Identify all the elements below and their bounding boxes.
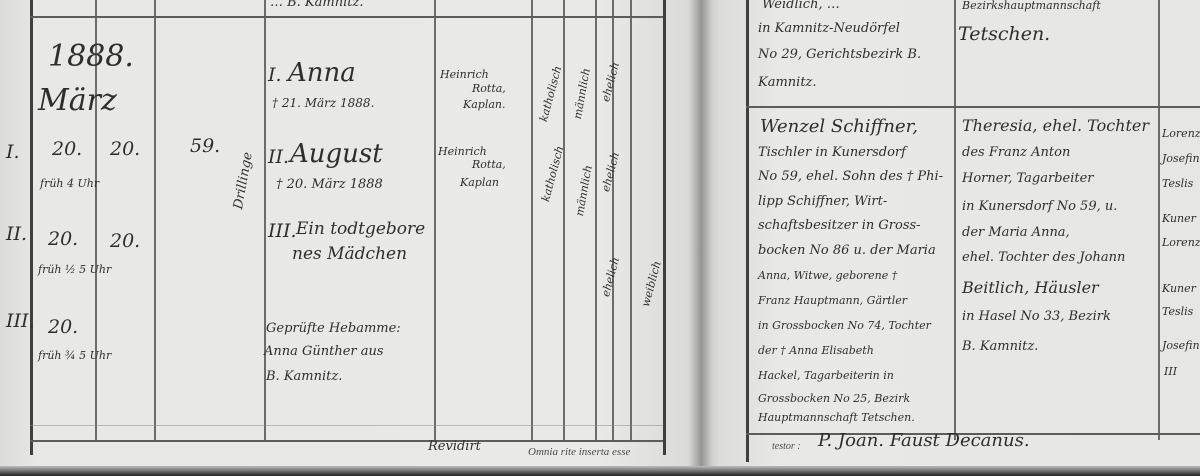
house-number: 59. xyxy=(190,137,220,156)
legitimacy-entry: ehelich xyxy=(600,151,621,193)
godparent-fragment: Teslis xyxy=(1162,306,1193,317)
father-line: Hauptmannschaft Tetschen. xyxy=(758,412,915,423)
child-death-note: † 21. März 1888. xyxy=(272,97,374,109)
godparent-fragment: Lorenz xyxy=(1162,128,1200,139)
child-name: August xyxy=(290,141,383,167)
midwife-line2: Anna Günther aus xyxy=(264,345,384,358)
birth-day: 20. xyxy=(52,140,82,159)
birth-day: 20. xyxy=(48,230,78,249)
priest-name: Heinrich xyxy=(440,69,489,80)
mother-line: Beitlich, Häusler xyxy=(962,280,1099,296)
priest-name: Heinrich xyxy=(438,146,487,157)
father-line: schaftsbesitzer in Gross- xyxy=(758,219,921,232)
mother-line: ehel. Tochter des Johann xyxy=(962,251,1125,264)
testor-label: testor : xyxy=(772,441,801,452)
child-name: Anna xyxy=(288,60,356,86)
father-line: der † Anna Elisabeth xyxy=(758,345,874,356)
book-bottom-edge xyxy=(0,466,1200,476)
column-rule xyxy=(954,0,956,440)
sex-entry: männlich xyxy=(572,67,592,120)
revision-signature: Revidirt xyxy=(428,440,481,453)
godparent-fragment: Lorenz xyxy=(1162,237,1200,248)
father-line: Grossbocken No 25, Bezirk xyxy=(758,393,910,404)
father-line: in Grossbocken No 74, Tochter xyxy=(758,320,931,331)
father-line: Tischler in Kunersdorf xyxy=(758,146,906,159)
prev-father-line: Kamnitz. xyxy=(758,76,817,89)
row-rule xyxy=(30,425,663,426)
child-death-note: † 20. März 1888 xyxy=(276,178,383,191)
prev-father-line: Weidlich, … xyxy=(762,0,840,11)
religion-entry: katholisch xyxy=(540,145,565,203)
previous-entry-fragment: … B. Kamnitz. xyxy=(270,0,363,9)
child-name-line2: nes Mädchen xyxy=(292,246,407,263)
birth-time: früh ¾ 5 Uhr xyxy=(38,350,111,361)
column-rule xyxy=(630,0,632,440)
father-line: lipp Schiffner, Wirt- xyxy=(758,195,887,208)
margin-rule xyxy=(746,0,749,462)
godparent-fragment: Josefine xyxy=(1162,340,1200,351)
left-register-page: … B. Kamnitz. 1888. März I. 20. 20. früh… xyxy=(0,0,700,476)
father-line: Anna, Witwe, geborene † xyxy=(758,270,897,281)
baptism-day: 20. xyxy=(110,232,140,251)
mother-line: Horner, Tagarbeiter xyxy=(962,172,1094,185)
column-rule xyxy=(531,0,533,440)
father-line: Hackel, Tagarbeiterin in xyxy=(758,370,894,381)
dean-signature: P. Joan. Faust Decanus. xyxy=(818,432,1030,450)
godparent-fragment: III xyxy=(1164,366,1177,377)
godparent-fragment: Kuner xyxy=(1162,283,1196,294)
column-rule xyxy=(154,0,156,440)
prev-mother-line: Tetschen. xyxy=(958,25,1050,44)
row-rule xyxy=(30,16,663,18)
midwife-line3: B. Kamnitz. xyxy=(266,370,342,383)
godparent-fragment: Teslis xyxy=(1162,178,1193,189)
priest-surname: Rotta, xyxy=(472,83,506,94)
prev-mother-line: Bezirkshauptmannschaft xyxy=(962,0,1101,11)
father-line: Franz Hauptmann, Gärtler xyxy=(758,295,907,306)
mother-line: in Hasel No 33, Bezirk xyxy=(962,310,1111,323)
father-name: Wenzel Schiffner, xyxy=(760,118,918,136)
margin-rule xyxy=(30,0,33,455)
midwife-line1: Geprüfte Hebamme: xyxy=(266,322,401,335)
row-rule xyxy=(746,106,1200,108)
birth-time: früh ½ 5 Uhr xyxy=(38,264,111,275)
birth-time: früh 4 Uhr xyxy=(40,178,99,189)
godparent-fragment: Josefine xyxy=(1162,153,1200,164)
godparent-fragment: Kuner xyxy=(1162,213,1196,224)
priest-surname: Rotta, xyxy=(472,159,506,170)
printed-attestation: Omnia rite inserta esse xyxy=(528,446,630,458)
mother-line: der Maria Anna, xyxy=(962,226,1070,239)
priest-title: Kaplan xyxy=(460,177,499,188)
entry-roman: I. xyxy=(6,143,20,162)
sex-entry: weiblich xyxy=(640,260,663,308)
mother-line: in Kunersdorf No 59, u. xyxy=(962,200,1117,213)
column-rule xyxy=(434,0,436,440)
child-name-line1: Ein todtgebore xyxy=(296,221,425,238)
baptism-day: 20. xyxy=(110,140,140,159)
page-border-rule xyxy=(663,0,666,455)
column-rule xyxy=(595,0,597,440)
year-label: 1888. xyxy=(48,42,134,72)
prev-father-line: in Kamnitz-Neudörfel xyxy=(758,22,900,35)
religion-entry: katholisch xyxy=(538,65,563,123)
multiple-birth-label: Drillinge xyxy=(232,151,255,210)
column-rule xyxy=(1158,0,1160,440)
entry-roman: III. xyxy=(6,312,35,331)
legitimacy-entry: ehelich xyxy=(600,256,621,298)
month-label: März xyxy=(38,86,117,116)
mother-name: Theresia, ehel. Tochter xyxy=(962,118,1149,134)
father-line: bocken No 86 u. der Maria xyxy=(758,244,936,257)
mother-line: B. Kamnitz. xyxy=(962,340,1038,353)
priest-title: Kaplan. xyxy=(463,99,505,110)
right-register-page: Weidlich, … in Kamnitz-Neudörfel No 29, … xyxy=(700,0,1200,476)
entry-roman: II. xyxy=(6,225,27,244)
sex-entry: männlich xyxy=(574,164,594,217)
birth-day: 20. xyxy=(48,318,78,337)
row-rule xyxy=(30,440,663,442)
column-rule xyxy=(563,0,565,440)
prev-father-line: No 29, Gerichtsbezirk B. xyxy=(758,48,921,61)
child-roman: I. xyxy=(268,66,282,85)
child-roman: II. xyxy=(268,148,289,167)
book-gutter xyxy=(688,0,712,476)
legitimacy-entry: ehelich xyxy=(600,61,621,103)
child-roman: III. xyxy=(268,222,297,241)
mother-line: des Franz Anton xyxy=(962,146,1070,159)
father-line: No 59, ehel. Sohn des † Phi- xyxy=(758,170,943,183)
